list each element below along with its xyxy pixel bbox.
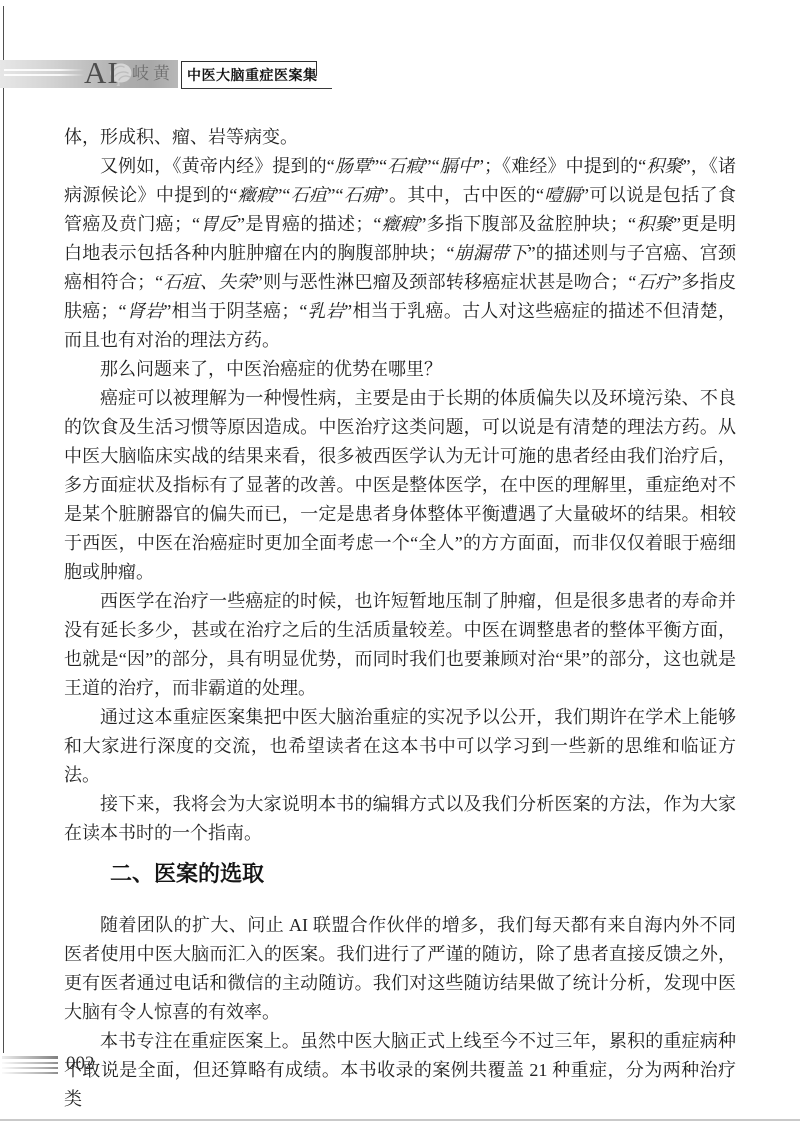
page-number: 002 — [66, 1052, 95, 1076]
footer-ornament-line — [2, 1062, 58, 1064]
footer-ornament-line — [2, 1067, 58, 1069]
header-bar-highlight — [4, 69, 84, 71]
page-body: 体，形成积、瘤、岩等病变。 又例如，《黄帝内经》提到的“肠覃”“石瘕”“膈中”；… — [64, 123, 736, 1114]
section-heading: 二、医案的选取 — [110, 859, 736, 889]
left-margin-rule — [3, 6, 4, 1053]
body-paragraph: 接下来，我将会为大家说明本书的编辑方式以及我们分析医案的方法，作为大家在读本书时… — [64, 790, 736, 848]
footer-ornament-line — [2, 1056, 58, 1059]
title-box-underline — [181, 88, 332, 89]
bottom-page-rule — [0, 1119, 800, 1121]
title-box-border-top — [181, 61, 316, 62]
logo-qihuang-text: 岐黄 — [132, 65, 174, 82]
logo-ai-text: AI — [84, 57, 119, 88]
body-paragraph: 本书专注在重症医案上。虽然中医大脑正式上线至今不过三年，累积的重症病种不敢说是全… — [64, 1027, 736, 1114]
header-bar-highlight — [4, 74, 84, 76]
footer-ornament-line — [2, 1072, 58, 1074]
title-box-border-left — [181, 61, 182, 88]
footer-ornament-lines — [2, 1056, 60, 1074]
body-paragraph: 癌症可以被理解为一种慢性病，主要是由于长期的体质偏失以及环境污染、不良的饮食及生… — [64, 384, 736, 587]
book-page: AI 岐黄 中医大脑重症医案集 体，形成积、瘤、岩等病变。 又例如，《黄帝内经》… — [0, 0, 800, 1124]
book-title: 中医大脑重症医案集 — [187, 65, 318, 85]
body-paragraph: 西医学在治疗一些癌症的时候，也许短暂地压制了肿瘤，但是很多患者的寿命并没有延长多… — [64, 587, 736, 703]
body-paragraph: 随着团队的扩大、问止 AI 联盟合作伙伴的增多，我们每天都有来自海内外不同医者使… — [64, 911, 736, 1027]
body-paragraph: 通过这本重症医案集把中医大脑治重症的实况予以公开，我们期许在学术上能够和大家进行… — [64, 703, 736, 790]
body-paragraph: 又例如，《黄帝内经》提到的“肠覃”“石瘕”“膈中”；《难经》中提到的“积聚”，《… — [64, 152, 736, 355]
body-paragraph: 那么问题来了，中医治癌症的优势在哪里？ — [64, 355, 736, 384]
body-paragraph: 体，形成积、瘤、岩等病变。 — [64, 123, 736, 152]
